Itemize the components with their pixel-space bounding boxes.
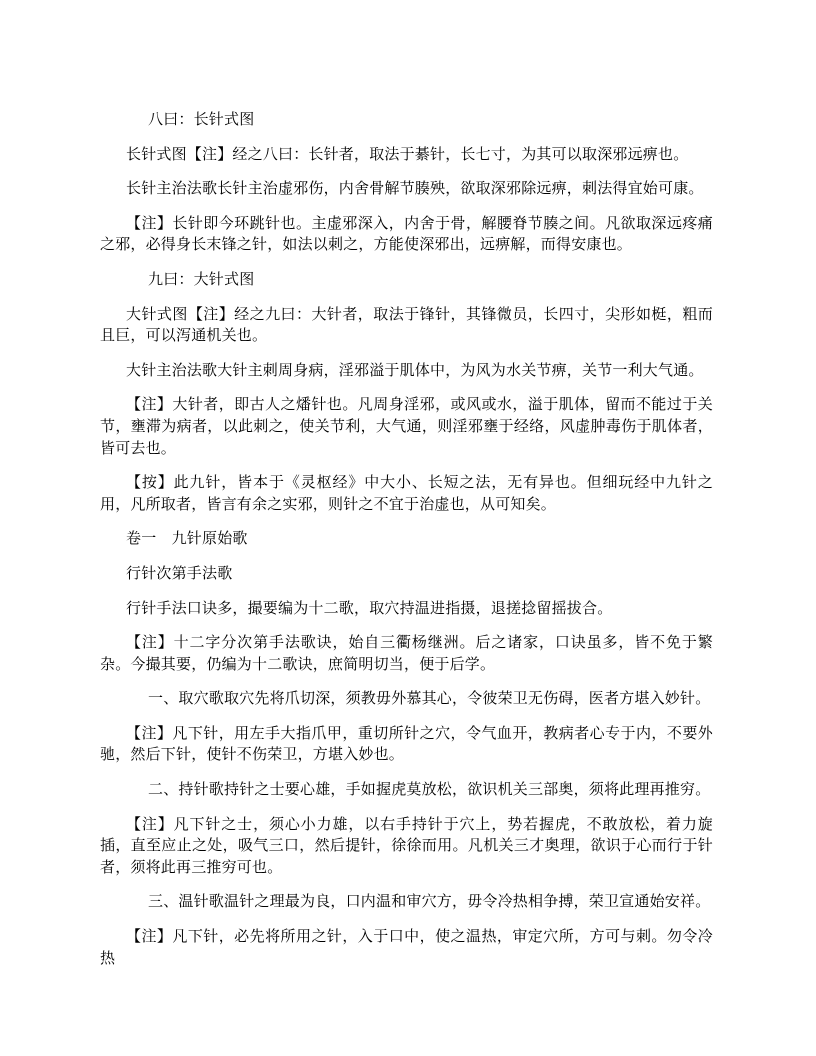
section-heading: 一、取穴歌取穴先将爪切深，须教毋外慕其心，令彼荣卫无伤碍，医者方堪入妙针。 <box>100 689 713 711</box>
body-paragraph: 卷一 九针原始歌 <box>100 529 713 551</box>
section-heading: 八曰：长针式图 <box>100 110 713 132</box>
body-paragraph: 【注】长针即今环跳针也。主虚邪深入，内舍于骨，解腰脊节腠之间。凡欲取深远疼痛之邪… <box>100 214 713 257</box>
body-paragraph: 【注】凡下针，必先将所用之针，入于口中，使之温热，审定穴所，方可与刺。勿令冷热 <box>100 927 713 970</box>
body-paragraph: 【注】凡下针，用左手大指爪甲，重切所针之穴，令气血开，教病者心专于内，不要外驰，… <box>100 724 713 767</box>
section-heading: 二、持针歌持针之士要心雄，手如握虎莫放松，欲识机关三部奥，须将此理再推穷。 <box>100 780 713 802</box>
body-paragraph: 行针手法口诀多，撮要编为十二歌，取穴持温进指摄，退搓捻留摇拔合。 <box>100 599 713 621</box>
document-page: 八曰：长针式图长针式图【注】经之八曰：长针者，取法于綦针，长七寸，为其可以取深邪… <box>0 0 816 1056</box>
body-paragraph: 【按】此九针，皆本于《灵枢经》中大小、长短之法，无有异也。但细玩经中九针之用，凡… <box>100 473 713 516</box>
body-paragraph: 大针主治法歌大针主刺周身病，淫邪溢于肌体中，为风为水关节痹，关节一利大气通。 <box>100 361 713 383</box>
section-heading: 三、温针歌温针之理最为良，口内温和审穴方，毋令冷热相争搏，荣卫宣通始安祥。 <box>100 892 713 914</box>
body-paragraph: 【注】十二字分次第手法歌诀，始自三衢杨继洲。后之诸家，口诀虽多，皆不免于繁杂。今… <box>100 633 713 676</box>
body-paragraph: 长针式图【注】经之八曰：长针者，取法于綦针，长七寸，为其可以取深邪远痹也。 <box>100 145 713 167</box>
body-paragraph: 行针次第手法歌 <box>100 564 713 586</box>
document-text-block: 八曰：长针式图长针式图【注】经之八曰：长针者，取法于綦针，长七寸，为其可以取深邪… <box>100 110 713 970</box>
body-paragraph: 【注】大针者，即古人之燔针也。凡周身淫邪，或风或水，溢于肌体，留而不能过于关节，… <box>100 395 713 460</box>
body-paragraph: 长针主治法歌长针主治虚邪伤，内舍骨解节腠殃，欲取深邪除远痹，刺法得宜始可康。 <box>100 179 713 201</box>
section-heading: 九曰：大针式图 <box>100 270 713 292</box>
body-paragraph: 大针式图【注】经之九曰：大针者，取法于锋针，其锋微员，长四寸，尖形如梃，粗而且巨… <box>100 305 713 348</box>
body-paragraph: 【注】凡下针之士，须心小力雄，以右手持针于穴上，势若握虎，不敢放松，着力旋插，直… <box>100 815 713 880</box>
